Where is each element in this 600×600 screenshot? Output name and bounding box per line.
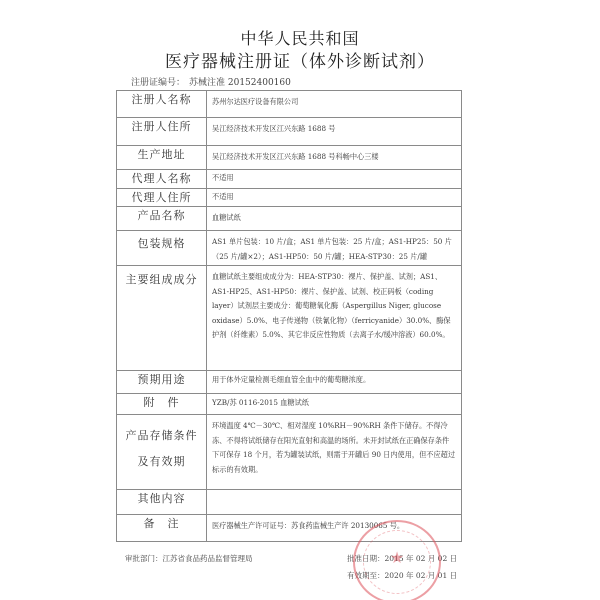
approval-authority: 审批部门：江苏省食品药品监督管理局 (125, 553, 253, 564)
row-label: 包装规格 (117, 231, 207, 266)
row-label-text: 附 件 (117, 394, 206, 410)
row-value: 吴江经济技术开发区江兴东路 1688 号 (207, 118, 462, 146)
row-label-text: 其他内容 (117, 490, 206, 506)
row-value: AS1 单片包装：10 片/盒；AS1 单片包装：25 片/盒；AS1-HP25… (207, 231, 462, 266)
registration-number: 注册证编号：苏械注准 20152400160 (131, 75, 295, 88)
row-label-text: 预期用途 (117, 371, 206, 387)
row-value: YZB/苏 0116-2015 血糖试纸 (207, 394, 462, 415)
country-title: 中华人民共和国 (0, 26, 600, 49)
seal-star-icon: ★ (355, 548, 439, 567)
row-value: 环境温度 4℃－30℃、相对湿度 10%RH－90%RH 条件下储存。不得冷冻、… (207, 415, 462, 490)
table-row: 注册人住所 吴江经济技术开发区江兴东路 1688 号 (117, 118, 462, 146)
row-label-text: 代理人住所 (117, 189, 206, 205)
row-value: 不适用 (207, 170, 462, 189)
row-label: 产品名称 (117, 207, 207, 231)
row-value: 吴江经济技术开发区江兴东路 1688 号科畅中心三楼 (207, 146, 462, 170)
row-label-text: 注册人名称 (117, 91, 206, 107)
row-label: 注册人住所 (117, 118, 207, 146)
row-label: 预期用途 (117, 371, 207, 394)
row-value: 苏州尔达医疗设备有限公司 (207, 91, 462, 118)
row-label: 备 注 (117, 515, 207, 542)
table-row: 主要组成成分 血糖试纸主要组成成分为：HEA-STP30：裸片、保护盖、试剂；A… (117, 266, 462, 371)
row-label: 产品存储条件及有效期 (117, 415, 207, 490)
table-row: 生产地址 吴江经济技术开发区江兴东路 1688 号科畅中心三楼 (117, 146, 462, 170)
approval-authority-value: 江苏省食品药品监督管理局 (163, 554, 253, 563)
row-value: 血糖试纸 (207, 207, 462, 231)
table-row: 附 件 YZB/苏 0116-2015 血糖试纸 (117, 394, 462, 415)
row-label-text: 备 注 (117, 515, 206, 531)
row-label: 代理人名称 (117, 170, 207, 189)
row-label: 主要组成成分 (117, 266, 207, 371)
row-label: 附 件 (117, 394, 207, 415)
row-value: 血糖试纸主要组成成分为：HEA-STP30：裸片、保护盖、试剂；AS1、AS1-… (207, 266, 462, 371)
row-label: 注册人名称 (117, 91, 207, 118)
row-label-text: 产品名称 (117, 207, 206, 223)
row-label: 代理人住所 (117, 189, 207, 207)
table-row: 注册人名称 苏州尔达医疗设备有限公司 (117, 91, 462, 118)
table-row: 包装规格 AS1 单片包装：10 片/盒；AS1 单片包装：25 片/盒；AS1… (117, 231, 462, 266)
approval-authority-label: 审批部门： (125, 554, 163, 563)
row-value (207, 490, 462, 515)
table-row: 产品名称 血糖试纸 (117, 207, 462, 231)
row-label: 生产地址 (117, 146, 207, 170)
certificate-table: 注册人名称 苏州尔达医疗设备有限公司 注册人住所 吴江经济技术开发区江兴东路 1… (116, 90, 462, 542)
row-label: 其他内容 (117, 490, 207, 515)
table-row: 产品存储条件及有效期 环境温度 4℃－30℃、相对湿度 10%RH－90%RH … (117, 415, 462, 490)
official-seal-stamp: ★ (353, 520, 441, 600)
registration-number-value: 苏械注准 20152400160 (189, 78, 291, 88)
table-row: 代理人住所 不适用 (117, 189, 462, 207)
registration-number-label: 注册证编号： (131, 78, 185, 88)
row-label-text: 代理人名称 (117, 170, 206, 186)
row-label-text: 生产地址 (117, 146, 206, 162)
table-row: 代理人名称 不适用 (117, 170, 462, 189)
row-value: 用于体外定量检测毛细血管全血中的葡萄糖浓度。 (207, 371, 462, 394)
table-row: 其他内容 (117, 490, 462, 515)
row-value: 不适用 (207, 189, 462, 207)
table-row: 预期用途 用于体外定量检测毛细血管全血中的葡萄糖浓度。 (117, 371, 462, 394)
row-label-text: 注册人住所 (117, 118, 206, 134)
certificate-title: 医疗器械注册证（体外诊断试剂） (0, 47, 600, 72)
